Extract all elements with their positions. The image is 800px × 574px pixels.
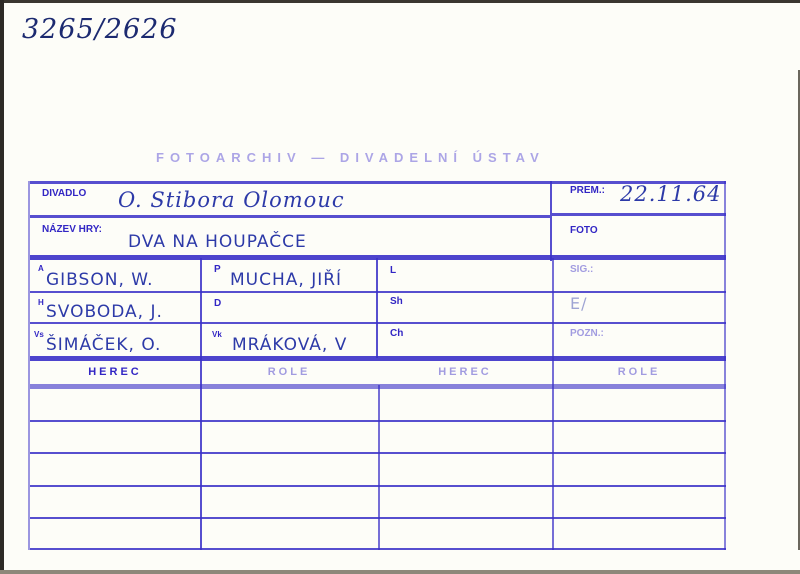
column-divider-2 [376,258,378,358]
director-label: H [38,298,44,307]
costume-value: MRÁKOVÁ, V [232,335,347,355]
photo-edge-bottom [0,570,800,574]
title-underline [30,255,726,260]
header-actor-1: HEREC [30,366,200,378]
title-label: NÁZEV HRY: [42,224,102,235]
author-value: GIBSON, W. [46,270,154,290]
prem-divider [550,181,552,261]
header-top-line [30,356,726,361]
translator-value: MUCHA, JIŘÍ [230,270,342,290]
note-label: POZN.: [570,328,604,339]
music-label: Sh [390,296,403,307]
set-design-label: Vs [34,330,44,339]
foto-label: FOTO [570,225,598,236]
premiere-date: 22.11.64 [620,182,722,206]
photo-edge-top [0,0,800,3]
divadlo-value: O. Stibora Olomouc [118,188,345,212]
choreo-label: Ch [390,328,403,339]
column-divider-1 [200,258,202,550]
header-role-2: ROLE [554,366,724,378]
archive-stamp-header: FOTOARCHIV — DIVADELNÍ ÚSTAV [156,150,545,165]
costume-label: Vk [212,330,222,339]
signature-code: E/ [570,294,588,313]
header-role-1: ROLE [202,366,376,378]
divadlo-underline [30,215,550,218]
author-label: A [38,264,44,273]
translator-label: P [214,264,221,275]
dramaturg-label: D [214,298,221,309]
inventory-number: 3265/2626 [22,14,178,45]
director-value: SVOBODA, J. [46,302,163,322]
column-divider-2b [378,385,380,550]
premiere-label: PREM.: [570,185,605,196]
credits-row-2-line [30,322,726,324]
lighting-label: L [390,265,396,276]
signature-label: SIG.: [570,264,593,275]
play-title: DVA NA HOUPAČCE [128,232,307,252]
header-actor-2: HEREC [378,366,552,378]
set-design-value: ŠIMÁČEK, O. [46,335,161,355]
card-right-border [724,181,726,550]
photo-edge-left [0,0,4,574]
divadlo-label: DIVADLO [42,188,86,199]
column-divider-3 [552,258,554,550]
prem-underline [552,213,726,216]
credits-row-1-line [30,291,726,293]
